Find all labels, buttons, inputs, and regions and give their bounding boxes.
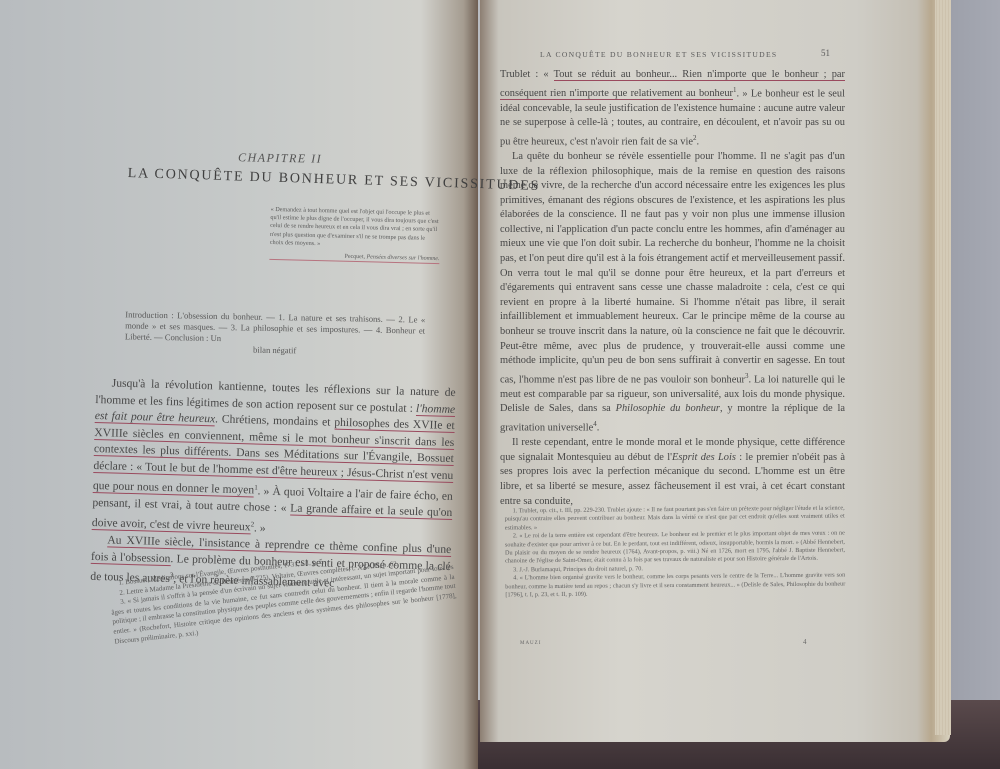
page-number: 51 [821,48,830,58]
right-footnotes: 1. Trublet, op. cit., t. III, pp. 229-23… [505,505,846,600]
page-edges [935,0,951,735]
paragraph: Trublet : « Tout se réduit au bonheur...… [500,68,845,150]
footnote: 1. Trublet, op. cit., t. III, pp. 229-23… [505,505,845,533]
footnote: 2. « Le roi de la terre entière est cepe… [505,530,845,567]
paragraph: Jusqu'à la révolution kantienne, toutes … [92,375,456,542]
background-surface [950,0,1000,769]
right-body-text: Trublet : « Tout se réduit au bonheur...… [500,68,845,509]
running-head: LA CONQUÊTE DU BONHEUR ET SES VICISSITUD… [540,50,777,59]
chapter-label: CHAPITRE II [238,150,322,166]
summary-line: Introduction : L'obsession du bonheur. —… [125,309,426,343]
footnote: 4. « L'homme bien organisé gravite vers … [505,572,845,600]
chapter-summary: Introduction : L'obsession du bonheur. —… [125,309,426,358]
paragraph: La quête du bonheur se révèle essentiell… [500,150,845,436]
epigraph-text: « Demandez à tout homme quel est l'objet… [270,206,439,247]
printer-signature: MAUZI [520,641,541,646]
signature-number: 4 [803,638,807,646]
paragraph: Il reste cependant, entre le monde moral… [500,436,845,509]
epigraph: « Demandez à tout homme quel est l'objet… [269,206,440,264]
